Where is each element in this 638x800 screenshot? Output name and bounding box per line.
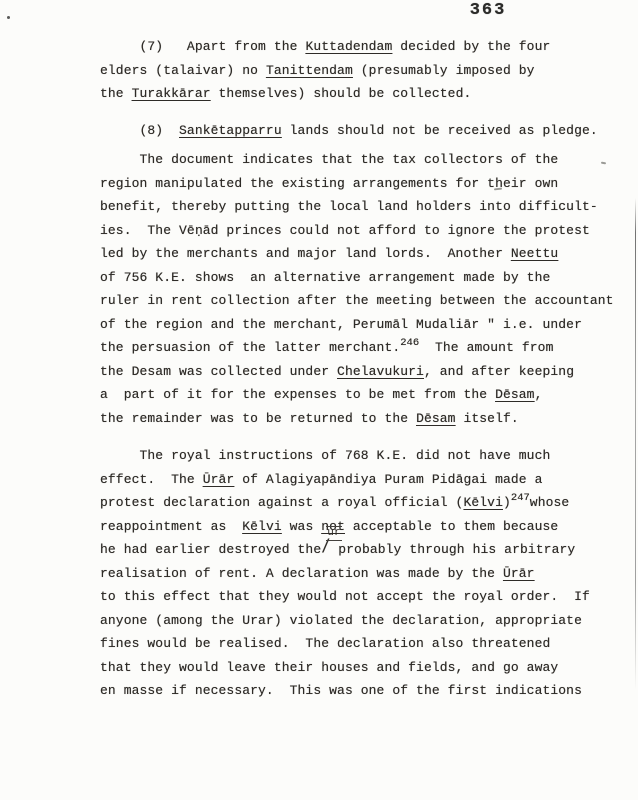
text-segment: , and after keeping xyxy=(424,364,574,379)
text-line: The royal instructions of 768 K.E. did n… xyxy=(100,444,614,468)
text-line: of the region and the merchant, Perumāl … xyxy=(100,313,614,337)
handwritten-insertion: /ur xyxy=(321,538,338,562)
text-line: (7) Apart from the Kuttadendam decided b… xyxy=(100,35,614,59)
text-segment: , xyxy=(535,387,543,402)
underlined-term: Ūrār xyxy=(503,566,535,581)
text-line: reappointment as Kēlvi was not acceptabl… xyxy=(100,515,614,539)
text-segment: probably through his arbitrary xyxy=(338,542,575,557)
text-segment: of Alagiyapāndiya Puram Pidāgai made a xyxy=(234,472,542,487)
text-line: a part of it for the expenses to be met … xyxy=(100,383,614,407)
text-segment: decided by the four xyxy=(392,39,550,54)
text-segment: the persuasion of the latter merchant. xyxy=(100,340,400,355)
paragraph: The document indicates that the tax coll… xyxy=(100,148,614,430)
text-segment: themselves) should be collected. xyxy=(211,86,472,101)
text-line: led by the merchants and major land lord… xyxy=(100,242,614,266)
text-segment: the Desam was collected under xyxy=(100,364,337,379)
text-segment: itself. xyxy=(456,411,519,426)
text-segment: anyone (among the Urar) violated the dec… xyxy=(100,613,582,628)
ink-speck xyxy=(7,16,10,19)
footnote-reference: 246 xyxy=(400,337,419,349)
text-segment: The document indicates that the tax coll… xyxy=(100,152,558,167)
text-segment: of the region and the merchant, Perumāl … xyxy=(100,317,582,332)
text-segment: fines would be realised. The declaration… xyxy=(100,636,550,651)
text-segment: elders (talaivar) no xyxy=(100,63,266,78)
text-line: to this effect that they would not accep… xyxy=(100,585,614,609)
text-segment: (presumably imposed by xyxy=(353,63,535,78)
insertion-word: ur xyxy=(326,526,341,541)
text-segment: to this effect that they would not accep… xyxy=(100,589,590,604)
scan-line-artifact xyxy=(635,198,636,690)
underlined-term: Kēlvi xyxy=(242,519,282,534)
text-line: ies. The Vēṇād princes could not afford … xyxy=(100,219,614,243)
text-line: region manipulated the existing arrangem… xyxy=(100,172,614,196)
text-segment: whose xyxy=(530,495,570,510)
text-segment: acceptable to them because xyxy=(345,519,558,534)
text-segment: of 756 K.E. shows an alternative arrange… xyxy=(100,270,550,285)
text-segment: was xyxy=(282,519,322,534)
text-segment: region manipulated the existing arrangem… xyxy=(100,176,558,191)
text-line: ruler in rent collection after the meeti… xyxy=(100,289,614,313)
text-segment: lands should not be received as pledge. xyxy=(282,123,598,138)
underlined-term: Dēsam xyxy=(495,387,535,402)
text-line: elders (talaivar) no Tanittendam (presum… xyxy=(100,59,614,83)
paragraph: The royal instructions of 768 K.E. did n… xyxy=(100,444,614,703)
text-line: benefit, thereby putting the local land … xyxy=(100,195,614,219)
scanned-document-page: 363 (7) Apart from the Kuttadendam decid… xyxy=(0,0,638,800)
underlined-term: Neettu xyxy=(511,246,558,261)
text-line: of 756 K.E. shows an alternative arrange… xyxy=(100,266,614,290)
text-segment: that they would leave their houses and f… xyxy=(100,660,558,675)
text-line: The document indicates that the tax coll… xyxy=(100,148,614,172)
text-line: the persuasion of the latter merchant.24… xyxy=(100,336,614,360)
text-line: effect. The Ūrār of Alagiyapāndiya Puram… xyxy=(100,468,614,492)
text-segment: the remainder was to be returned to the xyxy=(100,411,416,426)
underlined-term: Turakkārar xyxy=(132,86,211,101)
underlined-term: Ūrār xyxy=(203,472,235,487)
text-line: the Desam was collected under Chelavukur… xyxy=(100,360,614,384)
paragraph: (8) Sankētapparru lands should not be re… xyxy=(100,119,614,143)
text-segment: The royal instructions of 768 K.E. did n… xyxy=(100,448,550,463)
underlined-term: Dēsam xyxy=(416,411,456,426)
text-segment: en masse if necessary. This was one of t… xyxy=(100,683,582,698)
text-line: the remainder was to be returned to the … xyxy=(100,407,614,431)
underlined-term: Sankētapparru xyxy=(179,123,282,138)
text-segment: benefit, thereby putting the local land … xyxy=(100,199,598,214)
text-segment: ies. The Vēṇād princes could not afford … xyxy=(100,223,590,238)
text-segment: he had earlier destroyed the xyxy=(100,542,321,557)
text-segment: reappointment as xyxy=(100,519,242,534)
text-segment: realisation of rent. A declaration was m… xyxy=(100,566,503,581)
underlined-term: Kuttadendam xyxy=(305,39,392,54)
underlined-term: Tanittendam xyxy=(266,63,353,78)
text-segment: (7) Apart from the xyxy=(100,39,305,54)
text-segment: (8) xyxy=(100,123,179,138)
text-segment: the xyxy=(100,86,132,101)
footnote-reference: 247 xyxy=(511,492,530,504)
text-line: realisation of rent. A declaration was m… xyxy=(100,562,614,586)
text-segment: effect. The xyxy=(100,472,203,487)
paragraph: (7) Apart from the Kuttadendam decided b… xyxy=(100,35,614,106)
text-segment: protest declaration against a royal offi… xyxy=(100,495,463,510)
text-line: (8) Sankētapparru lands should not be re… xyxy=(100,119,614,143)
page-number: 363 xyxy=(450,1,526,20)
text-segment: led by the merchants and major land lord… xyxy=(100,246,511,261)
underlined-term: Kēlvi xyxy=(463,495,503,510)
text-line: anyone (among the Urar) violated the dec… xyxy=(100,609,614,633)
text-line: the Turakkārar themselves) should be col… xyxy=(100,82,614,106)
text-segment: ruler in rent collection after the meeti… xyxy=(100,293,614,308)
text-segment: ) xyxy=(503,495,511,510)
text-segment: a part of it for the expenses to be met … xyxy=(100,387,495,402)
document-body: (7) Apart from the Kuttadendam decided b… xyxy=(100,35,614,703)
text-segment: The amount from xyxy=(419,340,553,355)
text-line: fines would be realised. The declaration… xyxy=(100,632,614,656)
text-line: en masse if necessary. This was one of t… xyxy=(100,679,614,703)
text-line: he had earlier destroyed the/urprobably … xyxy=(100,538,614,562)
text-line: protest declaration against a royal offi… xyxy=(100,491,614,515)
underlined-term: Chelavukuri xyxy=(337,364,424,379)
text-line: that they would leave their houses and f… xyxy=(100,656,614,680)
